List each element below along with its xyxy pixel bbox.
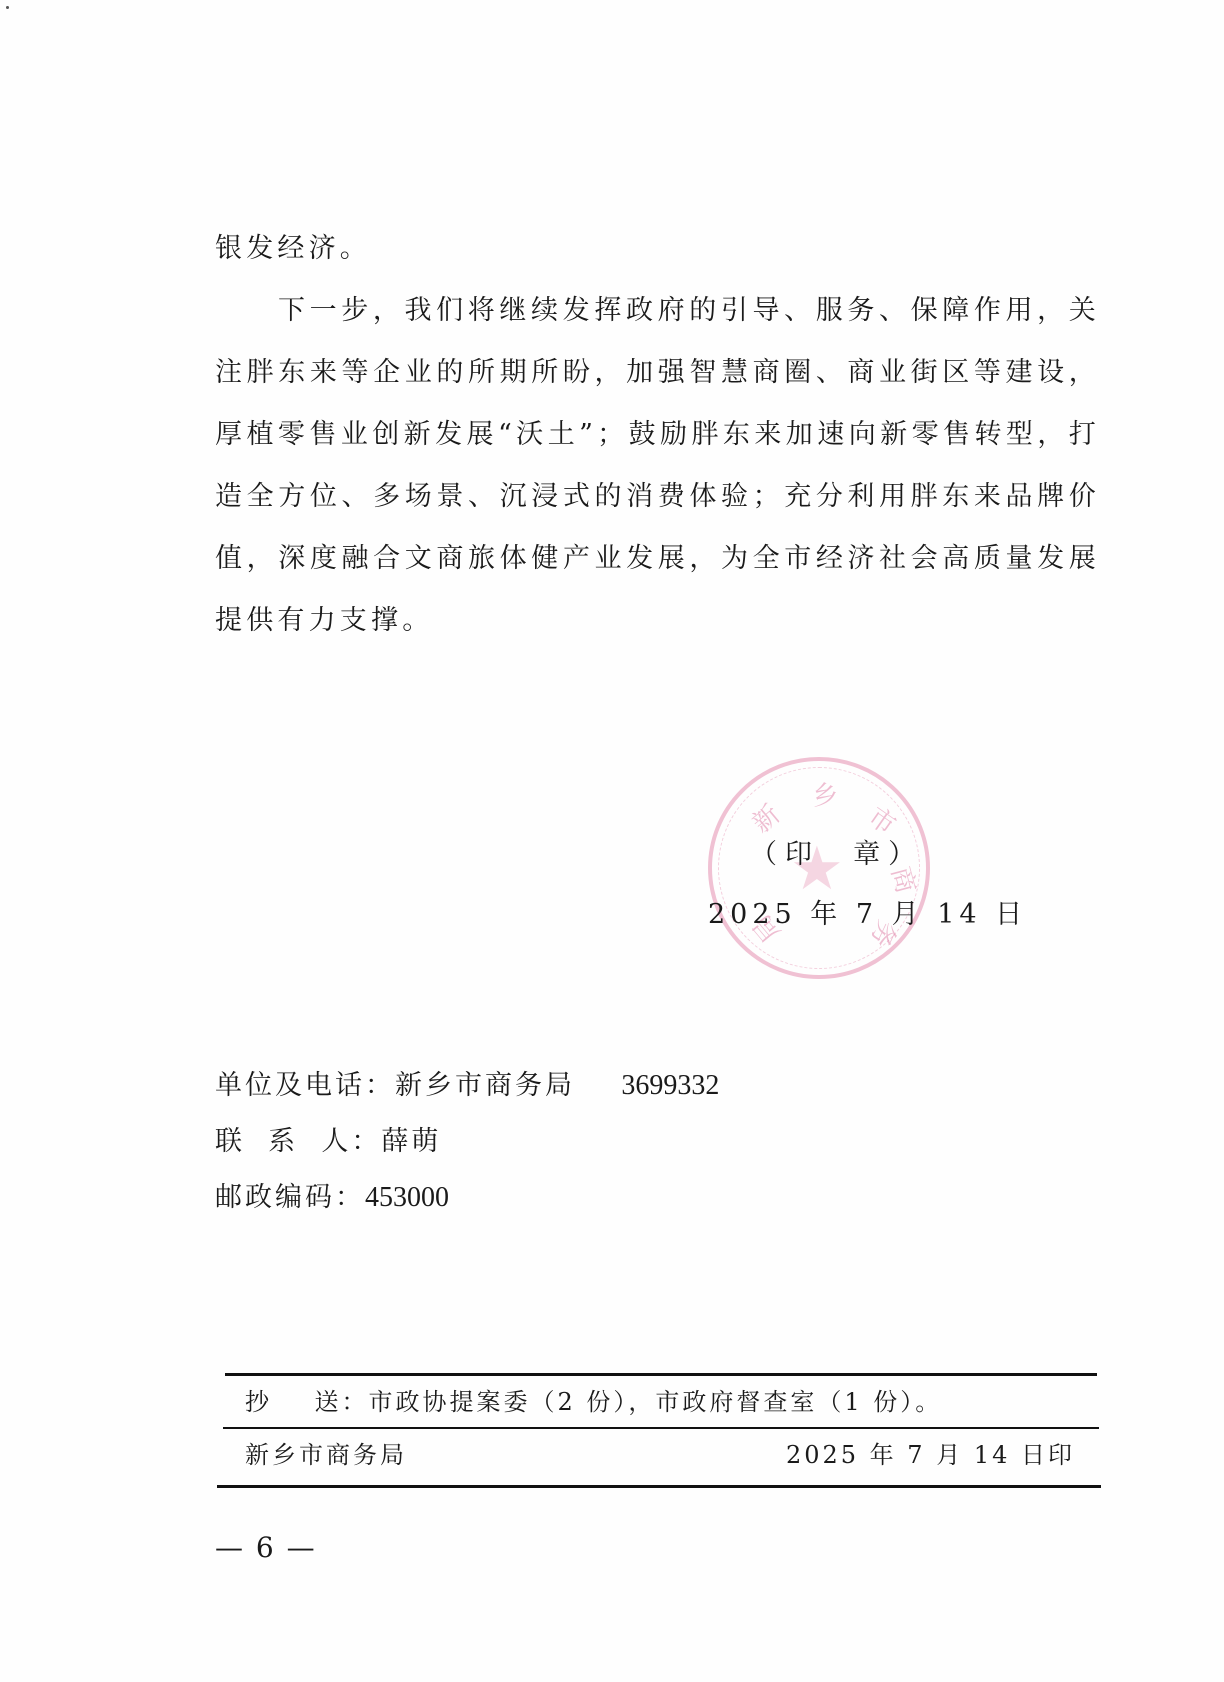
footer-top-rule (225, 1373, 1097, 1376)
phone-number: 3699332 (621, 1070, 719, 1101)
signature-block: （印 章） 2025 年 7 月 14 日 (700, 825, 980, 945)
body-text: 银发经济。 下一步，我们将继续发挥政府的引导、服务、保障作用，关注胖东来等企业的… (215, 218, 1100, 652)
stamp-label: （印 章） (700, 825, 980, 885)
document-page: 银发经济。 下一步，我们将继续发挥政府的引导、服务、保障作用，关注胖东来等企业的… (0, 0, 1224, 1682)
page-number: — 6 — (215, 1528, 317, 1568)
footer-middle-rule (223, 1427, 1099, 1429)
print-date: 2025 年 7 月 14 日印 (786, 1438, 1075, 1472)
contact-person-row: 联 系 人：薛萌 (215, 1114, 719, 1170)
issuer-row: 新乡市商务局 2025 年 7 月 14 日印 (245, 1438, 1075, 1472)
postcode-value: 453000 (365, 1182, 449, 1213)
issuer-name: 新乡市商务局 (245, 1438, 407, 1472)
unit-value: 新乡市商务局 (395, 1070, 575, 1101)
contact-block: 单位及电话：新乡市商务局 3699332 联 系 人：薛萌 邮政编码：45300… (215, 1058, 719, 1226)
cc-value: 市政协提案委（2 份），市政府督查室（1 份）。 (369, 1388, 943, 1416)
paragraph-continuation: 银发经济。 (215, 218, 1100, 280)
unit-label: 单位及电话： (215, 1070, 395, 1101)
footer-bottom-rule (217, 1485, 1101, 1488)
person-value: 薛萌 (381, 1126, 441, 1157)
person-label: 联 系 人： (215, 1126, 381, 1157)
contact-postcode-row: 邮政编码：453000 (215, 1170, 719, 1226)
postcode-label: 邮政编码： (215, 1182, 365, 1213)
scan-artifact (6, 6, 9, 9)
paragraph-next-steps: 下一步，我们将继续发挥政府的引导、服务、保障作用，关注胖东来等企业的所期所盼，加… (215, 280, 1100, 652)
cc-row: 抄 送：市政协提案委（2 份），市政府督查室（1 份）。 (245, 1385, 942, 1419)
seal-char: 乡 (810, 774, 839, 813)
contact-unit-row: 单位及电话：新乡市商务局 3699332 (215, 1058, 719, 1114)
signature-date: 2025 年 7 月 14 日 (700, 885, 980, 945)
cc-label: 抄 送： (245, 1388, 369, 1416)
